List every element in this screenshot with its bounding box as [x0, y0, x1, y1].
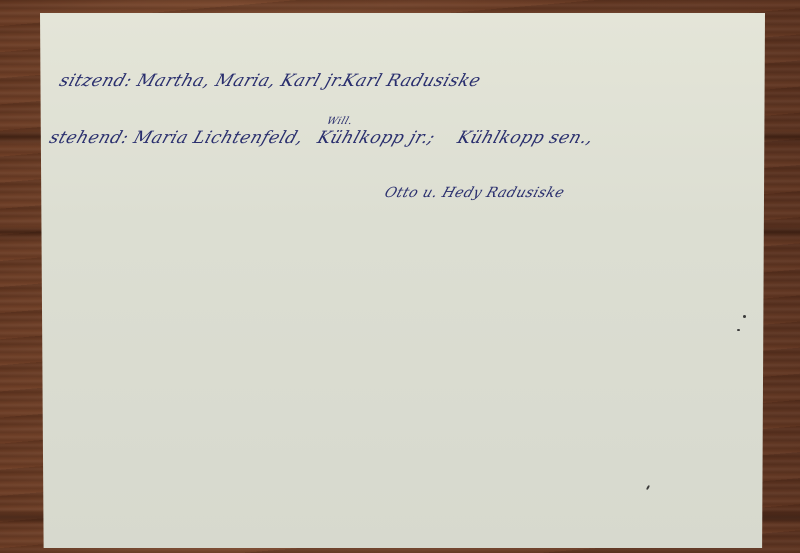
- photo-card-back: sitzend: Martha, Maria, Karl jr. Karl Ra…: [40, 13, 765, 548]
- ink-speck: [737, 329, 740, 331]
- caption-names-seated-a: Martha, Maria, Karl jr.: [134, 71, 347, 91]
- caption-names-seated-b: Karl Radusiske: [340, 71, 484, 91]
- caption-line-standing: stehend: Maria Lichtenfeld, Kühlkopp jr.…: [47, 128, 306, 148]
- ink-speck: [646, 485, 650, 490]
- ink-speck: [743, 315, 746, 318]
- caption-line-seated: sitzend: Martha, Maria, Karl jr. Karl Ra…: [57, 71, 348, 91]
- caption-superscript-will: Will.: [325, 116, 354, 127]
- caption-names-standing-a: Maria Lichtenfeld,: [131, 128, 306, 148]
- caption-names-standing-c: Kühlkopp sen.,: [455, 128, 596, 148]
- caption-names-standing-b: Kühlkopp jr.;: [315, 128, 438, 148]
- caption-label-standing: stehend:: [47, 128, 132, 148]
- caption-label-seated: sitzend:: [57, 71, 135, 91]
- caption-line-additional: Otto u. Hedy Radusiske: [382, 185, 566, 201]
